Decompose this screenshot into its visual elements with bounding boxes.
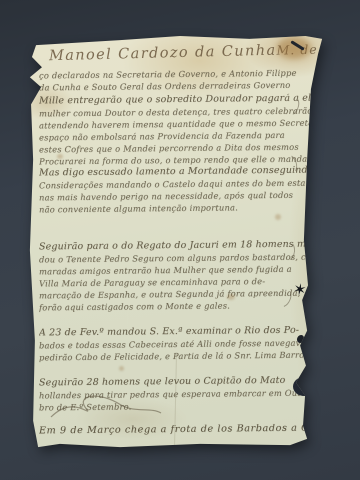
ink-blot-star-icon: ✶	[292, 281, 308, 299]
foxing-spot	[119, 366, 124, 371]
manuscript-line: bados e todas essas Cabeceiras até Alli …	[39, 338, 313, 351]
ink-blot-dot-icon	[297, 335, 304, 343]
title-author: Manoel Cardozo da Cunha	[49, 43, 277, 65]
manuscript-line: Villa Maria de Paraguay se encaminhava p…	[39, 276, 313, 289]
manuscript-line: Mas digo escusado lamento a Mortandade c…	[39, 166, 313, 179]
manuscript-line: dou o Tenente Pedro Seguro com alguns pa…	[39, 252, 313, 265]
manuscript-page-wrap: Manoel Cardozo da Cunha M. de Cam ço dec…	[29, 36, 323, 448]
manuscript-line: A 23 de Fev.º mandou S. Ex.ª examinar o …	[39, 326, 313, 339]
burn-hole-blob	[293, 377, 315, 396]
manuscript-line: attendendo haverem imensa quantidade que…	[39, 118, 313, 131]
manuscript-line: Procurarei na forma do uso, o tempo rend…	[39, 154, 313, 167]
foxing-spot	[227, 294, 235, 300]
manuscript-line: nas mais havendo perigo na necessidade, …	[39, 190, 313, 203]
manuscript-page: Manoel Cardozo da Cunha M. de Cam ço dec…	[29, 36, 323, 448]
foxing-spot	[275, 214, 281, 220]
manuscript-line: maradas amigos entrarão hua Mulher que s…	[39, 264, 313, 277]
flourish-swirl	[47, 391, 167, 425]
manuscript-line: espaço não embolsará nas Providencia da …	[39, 130, 313, 143]
page-title: Manoel Cardozo da Cunha M. de Cam	[49, 42, 313, 64]
manuscript-line: estes Cofres que o Mandei percorrendo a …	[39, 142, 313, 155]
manuscript-line: Mille entregarão que o sobredito Dourado…	[39, 94, 313, 107]
ink-stain-halo	[277, 37, 311, 59]
subtitle-line: da Cunha e Souto Geral das Ordens derrad…	[39, 80, 313, 93]
manuscript-line: não conveniente alguma intenção importun…	[39, 202, 313, 215]
manuscript-line: Considerações mandando o Castelo daqui a…	[39, 178, 313, 191]
photo-backdrop: { "colors": { "background": "#3a424c", "…	[0, 0, 360, 480]
subtitle-line: ço declarados na Secretaria de Governo, …	[39, 68, 313, 81]
closing-line: Em 9 de Março chega a frota de los Barba…	[39, 424, 313, 437]
manuscript-line: mulher comua Doutor o desta detença, tre…	[39, 106, 313, 119]
manuscript-line: Seguirão para o do Regato do Jacuri em 1…	[39, 240, 313, 253]
foxing-spot	[57, 154, 63, 159]
